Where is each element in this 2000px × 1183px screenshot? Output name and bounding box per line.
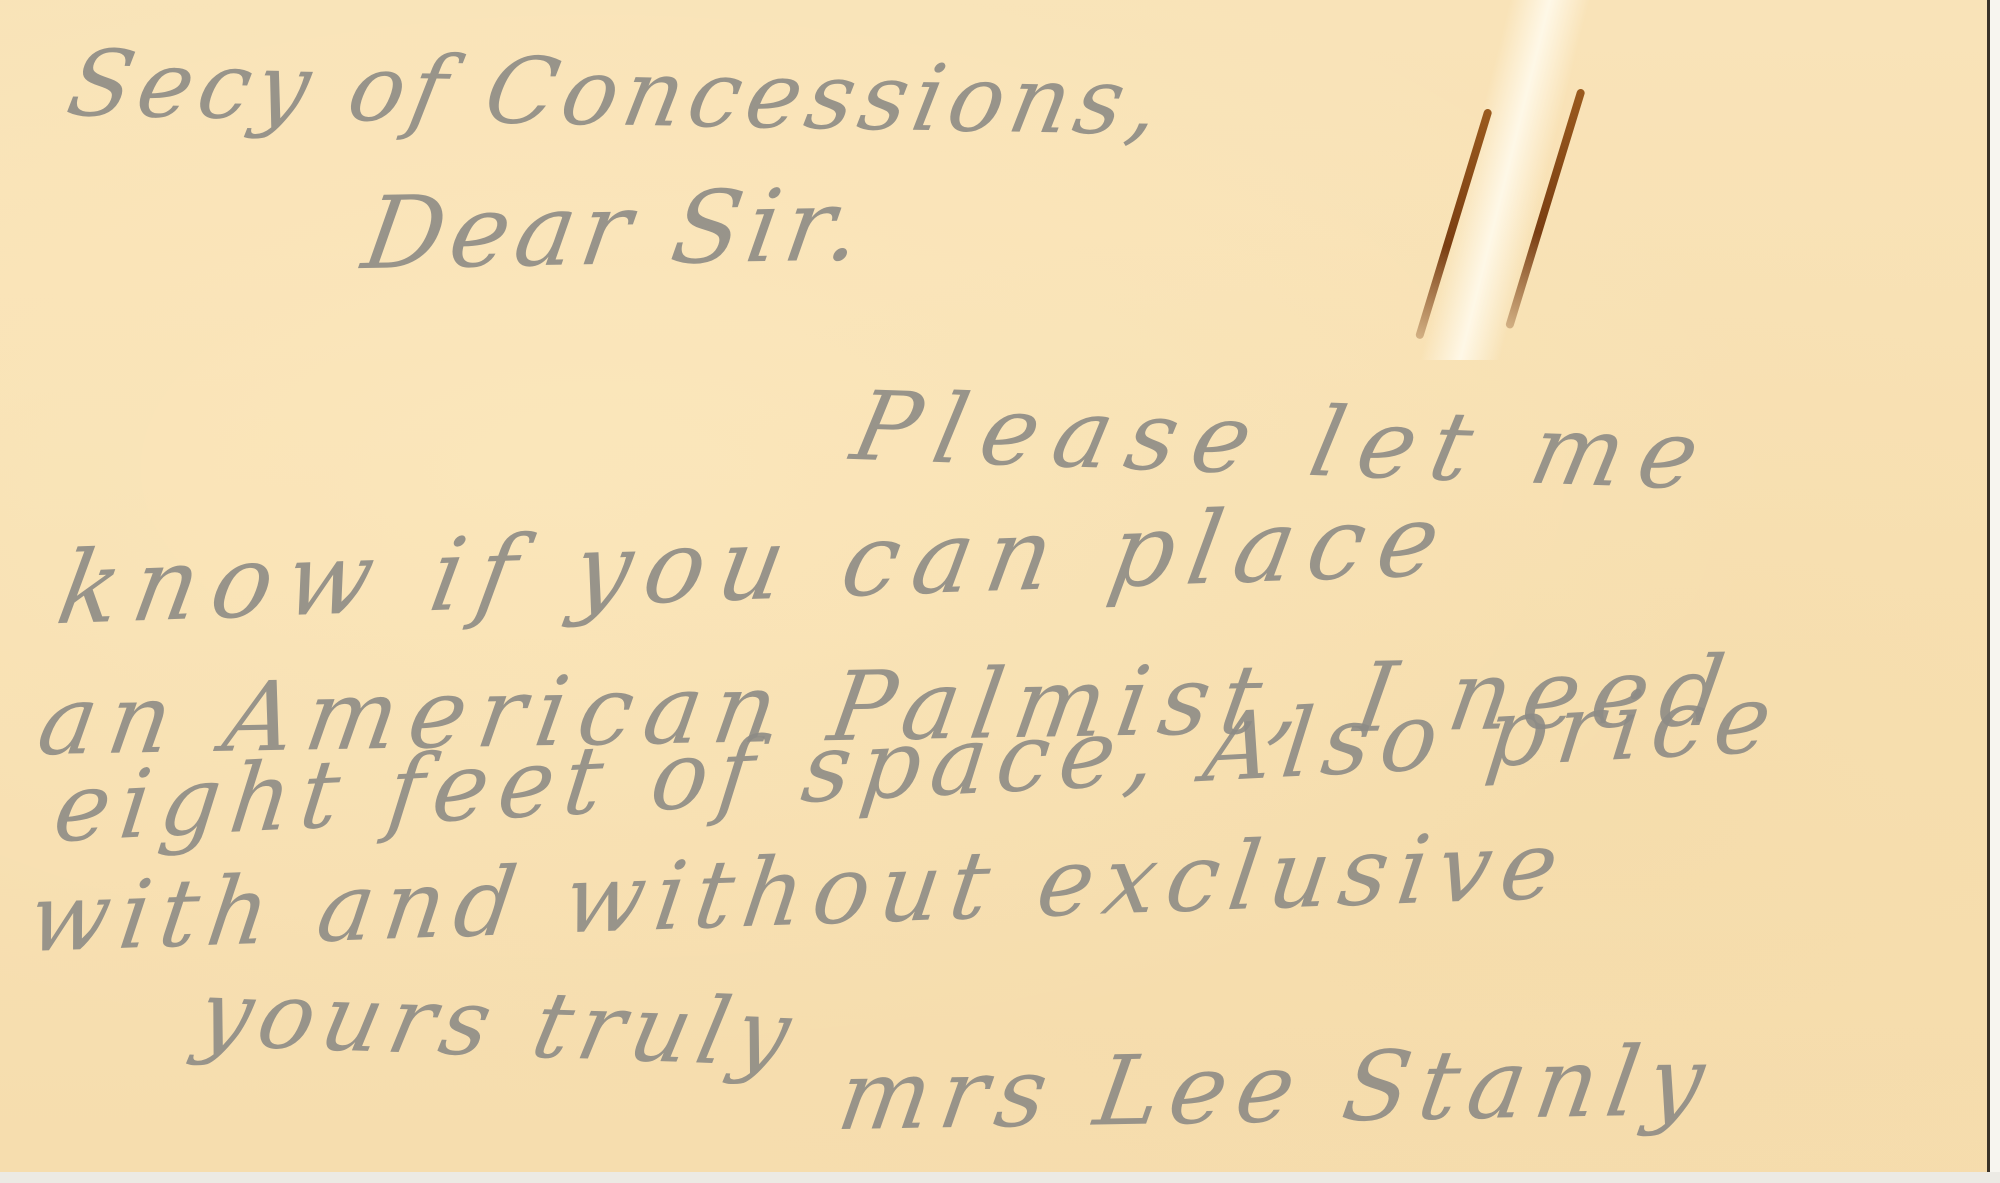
postcard: Secy of Concessions, Dear Sir. Please le… xyxy=(0,0,1990,1172)
addressee-line: Secy of Concessions, xyxy=(60,30,1175,156)
clip-impression xyxy=(1420,0,1590,360)
signature: mrs Lee Stanly xyxy=(831,1025,1722,1153)
paper-clip-stain-icon xyxy=(1370,0,1630,380)
closing-line: yours truly xyxy=(189,960,808,1087)
salutation-line: Dear Sir. xyxy=(356,166,876,292)
scan-margin xyxy=(0,1172,2000,1183)
body-line-2: know if you can place xyxy=(50,481,1463,647)
